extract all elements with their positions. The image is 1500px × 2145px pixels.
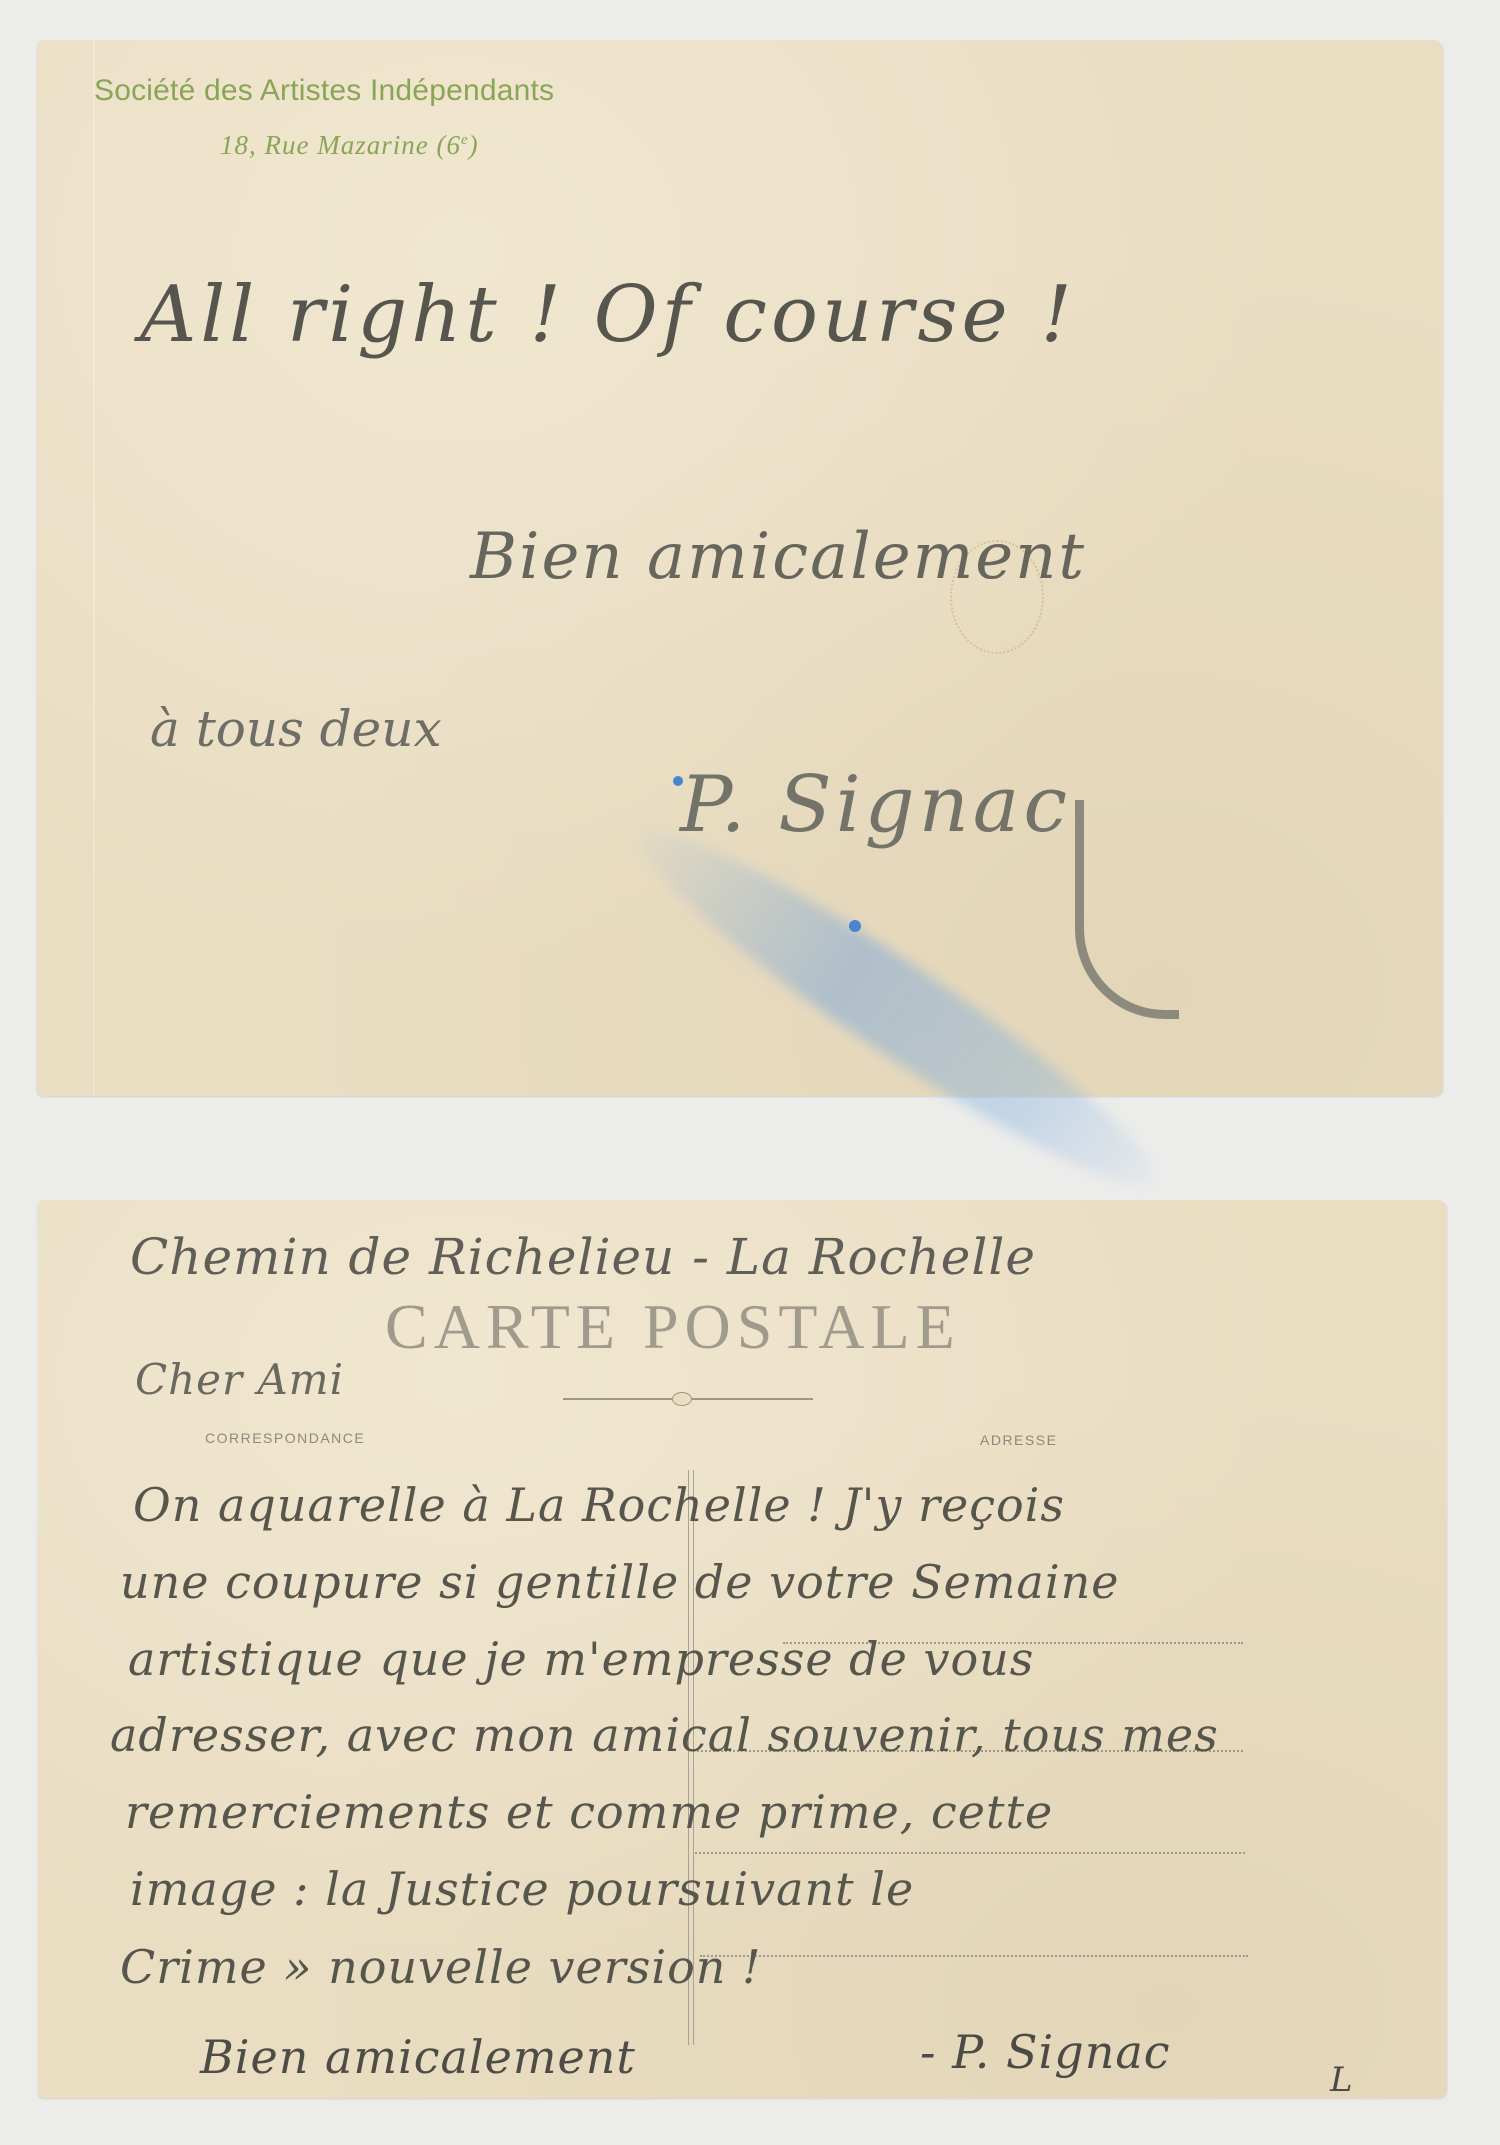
letterhead-address: 18, Rue Mazarine (6e) [220,130,479,161]
body-line: Crime » nouvelle version ! [120,1940,762,1994]
handwritten-line-a-tous-deux: à tous deux [150,700,442,758]
body-line: artistique que je m'empresse de vous [128,1632,1034,1686]
address-line [695,1852,1245,1854]
paper-crease [93,40,95,1096]
letterhead-society-name: Société des Artistes Indépendants [94,74,554,108]
body-line: On aquarelle à La Rochelle ! J'y reçois [133,1478,1065,1532]
label-adresse: ADRESSE [980,1432,1057,1448]
address-line [700,1955,1248,1957]
signature-mark: L [1330,2060,1354,2100]
label-correspondance: CORRESPONDANCE [205,1430,365,1446]
body-line: une coupure si gentille de votre Semaine [120,1555,1119,1609]
greeting: Cher Ami [135,1355,344,1404]
body-line: remerciements et comme prime, cette [125,1785,1053,1839]
closing: Bien amicalement [200,2030,636,2084]
signature-front: P. Signac [680,760,1071,850]
signature-back: - P. Signac [920,2025,1171,2079]
body-line: adresser, avec mon amical souvenir, tous… [110,1708,1219,1762]
handwritten-line-all-right: All right ! Of course ! [140,270,1076,360]
printed-title-carte-postale: CARTE POSTALE [385,1290,961,1364]
ornament-knot-icon [672,1392,692,1406]
handwritten-location-header: Chemin de Richelieu - La Rochelle [130,1228,1036,1286]
blue-ink-dot [849,920,861,932]
handwritten-line-bien-amicalement: Bien amicalement [470,520,1086,594]
body-line: image : la Justice poursuivant le [130,1862,914,1916]
